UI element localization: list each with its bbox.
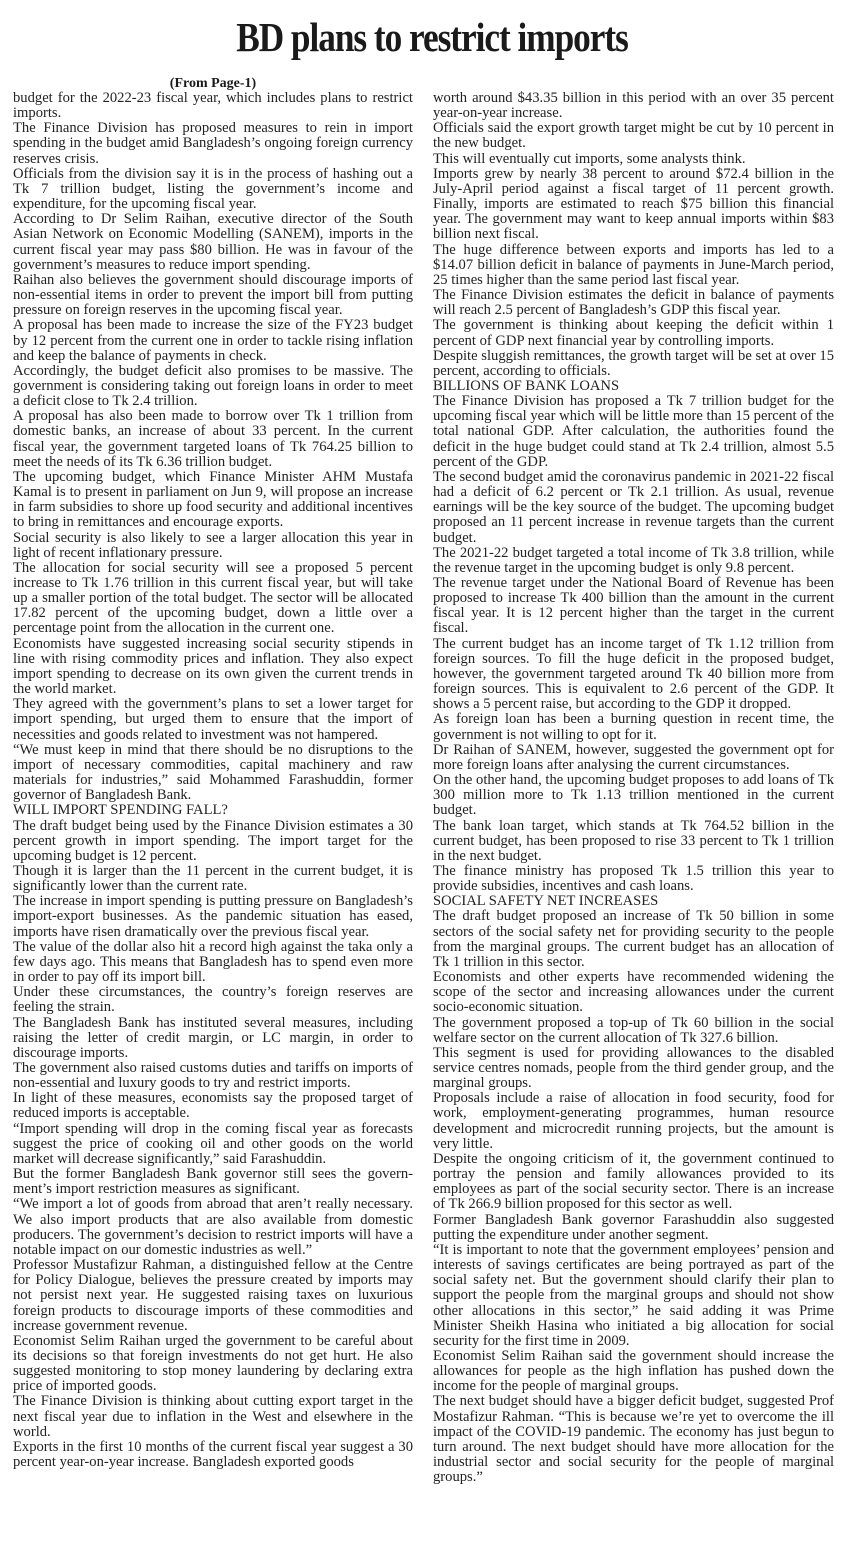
article-paragraph: Professor Mustafizur Rahman, a distingui…: [13, 1258, 413, 1334]
article-paragraph: Economists and other experts have recomm…: [433, 970, 834, 1015]
left-column-body: budget for the 2022-23 fiscal year, whic…: [13, 91, 413, 1470]
article-paragraph: worth around $43.35 billion in this peri…: [433, 91, 834, 121]
article-paragraph: The government also raised customs dutie…: [13, 1061, 413, 1091]
article-paragraph: Despite sluggish remittances, the growth…: [433, 349, 834, 379]
article-paragraph: Exports in the first 10 months of the cu…: [13, 1440, 413, 1470]
article-paragraph: budget for the 2022-23 fiscal year, whic…: [13, 91, 413, 121]
article-paragraph: This segment is used for providing allow…: [433, 1046, 834, 1091]
article-paragraph: As foreign loan has been a burning quest…: [433, 712, 834, 742]
article-paragraph: Officials said the export growth target …: [433, 121, 834, 151]
article-headline: BD plans to restrict imports: [60, 14, 803, 60]
article-paragraph: Imports grew by nearly 38 percent to aro…: [433, 167, 834, 243]
article-paragraph: On the other hand, the upcoming budget p…: [433, 773, 834, 818]
article-paragraph: Under these circumstances, the country’s…: [13, 985, 413, 1015]
article-paragraph: The draft budget being used by the Finan…: [13, 819, 413, 864]
section-subheading: SOCIAL SAFETY NET INCREASES: [433, 894, 834, 909]
article-paragraph: The increase in import spending is putti…: [13, 894, 413, 939]
article-paragraph: A proposal has been made to increase the…: [13, 318, 413, 363]
article-paragraph: Former Bangladesh Bank governor Farashud…: [433, 1213, 834, 1243]
article-paragraph: The current budget has an income target …: [433, 637, 834, 713]
article-paragraph: The bank loan target, which stands at Tk…: [433, 819, 834, 864]
article-paragraph: Economist Selim Raihan said the governme…: [433, 1349, 834, 1394]
article-paragraph: “We must keep in mind that there should …: [13, 743, 413, 804]
article-paragraph: The finance ministry has proposed Tk 1.5…: [433, 864, 834, 894]
article-paragraph: “It is important to note that the govern…: [433, 1243, 834, 1349]
right-column-body: worth around $43.35 billion in this peri…: [433, 91, 834, 1485]
section-subheading: WILL IMPORT SPENDING FALL?: [13, 803, 413, 818]
section-subheading: BILLIONS OF BANK LOANS: [433, 379, 834, 394]
article-paragraph: The huge difference between exports and …: [433, 243, 834, 288]
article-paragraph: “Import spending will drop in the coming…: [13, 1122, 413, 1167]
article-paragraph: Though it is larger than the 11 percent …: [13, 864, 413, 894]
article-paragraph: The 2021-22 budget targeted a total inco…: [433, 546, 834, 576]
article-paragraph: The revenue target under the National Bo…: [433, 576, 834, 637]
article-paragraph: This will eventually cut imports, some a…: [433, 152, 834, 167]
article-paragraph: Economists have suggested increasing soc…: [13, 637, 413, 698]
article-paragraph: Proposals include a raise of allocation …: [433, 1091, 834, 1152]
article-paragraph: The upcoming budget, which Finance Minis…: [13, 470, 413, 531]
article-paragraph: The government is thinking about keeping…: [433, 318, 834, 348]
article-paragraph: Officials from the division say it is in…: [13, 167, 413, 212]
article-paragraph: They agreed with the government’s plans …: [13, 697, 413, 742]
article-paragraph: The government proposed a top-up of Tk 6…: [433, 1016, 834, 1046]
continued-from-label: (From Page-1): [13, 76, 413, 91]
article-paragraph: Despite the ongoing criticism of it, the…: [433, 1152, 834, 1213]
article-paragraph: The draft budget proposed an increase of…: [433, 909, 834, 970]
article-paragraph: The allocation for social security will …: [13, 561, 413, 637]
article-paragraph: The Finance Division has proposed measur…: [13, 121, 413, 166]
article-paragraph: The next budget should have a bigger def…: [433, 1394, 834, 1485]
article-paragraph: A proposal has also been made to borrow …: [13, 409, 413, 470]
article-paragraph: In light of these measures, economists s…: [13, 1091, 413, 1121]
article-paragraph: Accordingly, the budget deficit also pro…: [13, 364, 413, 409]
article-paragraph: According to Dr Selim Raihan, executive …: [13, 212, 413, 273]
article-paragraph: The value of the dollar also hit a recor…: [13, 940, 413, 985]
article-paragraph: Economist Selim Raihan urged the governm…: [13, 1334, 413, 1395]
article-paragraph: The Finance Division estimates the defic…: [433, 288, 834, 318]
article-paragraph: Social security is also likely to see a …: [13, 531, 413, 561]
article-column-right: worth around $43.35 billion in this peri…: [433, 91, 834, 1485]
article-paragraph: “We import a lot of goods from abroad th…: [13, 1197, 413, 1258]
article-paragraph: The Finance Division has proposed a Tk 7…: [433, 394, 834, 470]
article-paragraph: Dr Raihan of SANEM, however, suggested t…: [433, 743, 834, 773]
article-paragraph: Raihan also believes the government shou…: [13, 273, 413, 318]
article-paragraph: The Finance Division is thinking about c…: [13, 1394, 413, 1439]
article-paragraph: But the former Bangladesh Bank governor …: [13, 1167, 413, 1197]
article-paragraph: The second budget amid the coronavirus p…: [433, 470, 834, 546]
article-paragraph: The Bangladesh Bank has instituted sever…: [13, 1016, 413, 1061]
article-column-left: (From Page-1) budget for the 2022-23 fis…: [13, 76, 413, 1470]
